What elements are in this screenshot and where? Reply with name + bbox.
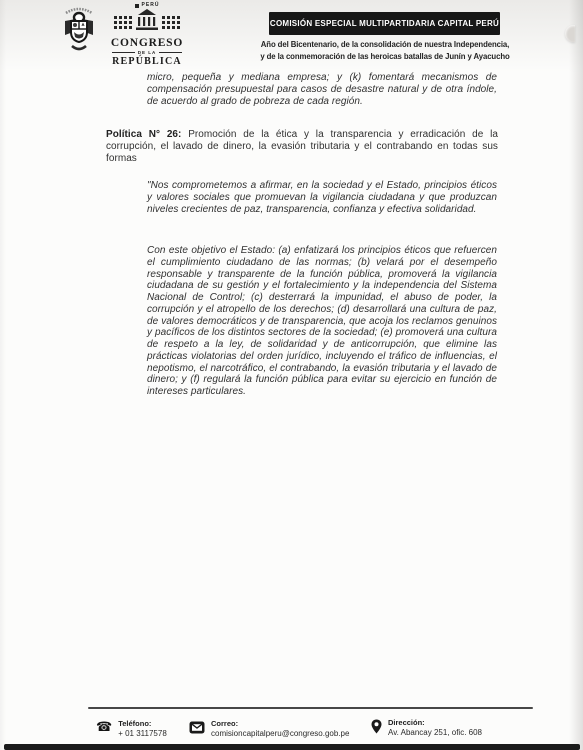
scan-left-shading	[0, 0, 6, 750]
state-objective-paragraph: Con este objetivo el Estado: (a) enfatiz…	[147, 245, 497, 398]
commitment-quote-paragraph: "Nos comprometemos a afirmar, en la soci…	[147, 180, 497, 215]
slogan-line-1: Año del Bicentenario, de la consolidació…	[240, 39, 530, 51]
email-value: comisioncapitalperu@congreso.gob.pe	[211, 729, 349, 739]
congress-logo-subtitle: REPÚBLICA	[106, 56, 188, 67]
congress-logo-country-label: PERÚ	[142, 2, 160, 9]
footer-phone-item: ☎ Teléfono: + 01 3117578	[96, 719, 167, 739]
congress-logo-dela: DE LA	[138, 50, 157, 55]
email-label: Correo:	[211, 719, 349, 729]
page-curl-artifact	[565, 25, 575, 42]
commission-banner: COMISIÓN ESPECIAL MULTIPARTIDARIA CAPITA…	[269, 12, 500, 35]
phone-icon: ☎	[96, 721, 112, 734]
address-value: Av. Abancay 251, ofic. 608	[388, 728, 482, 738]
location-pin-icon	[371, 719, 382, 734]
scan-right-shading	[569, 0, 583, 750]
peru-coat-of-arms-icon	[61, 4, 97, 56]
congress-logo-emblem-icon	[135, 4, 139, 8]
mail-icon	[189, 721, 205, 734]
bottom-black-bar	[4, 744, 580, 750]
phone-value: + 01 3117578	[118, 729, 167, 739]
footer-address-item: Dirección: Av. Abancay 251, ofic. 608	[371, 718, 482, 738]
congress-building-icon	[112, 9, 182, 31]
scanned-document-page: PERÚ CONGRESO DE LA REPÚBLICA COMISIÓN E…	[0, 0, 583, 750]
policy-26-label: Política N° 26:	[106, 129, 181, 140]
bicentennial-slogan: Año del Bicentenario, de la consolidació…	[240, 39, 530, 62]
address-label: Dirección:	[388, 718, 482, 728]
congress-logo: PERÚ CONGRESO DE LA REPÚBLICA	[106, 2, 188, 67]
congress-logo-title: CONGRESO	[106, 37, 188, 49]
footer-email-item: Correo: comisioncapitalperu@congreso.gob…	[189, 719, 349, 739]
congress-logo-country: PERÚ	[106, 2, 188, 9]
slogan-line-2: y de la conmemoración de las heroicas ba…	[240, 51, 530, 63]
phone-label: Teléfono:	[118, 719, 167, 729]
footer-divider-line	[88, 707, 533, 709]
policy-26-heading: Política N° 26: Promoción de la ética y …	[106, 129, 498, 164]
continuation-paragraph: micro, pequeña y mediana empresa; y (k) …	[147, 72, 497, 107]
